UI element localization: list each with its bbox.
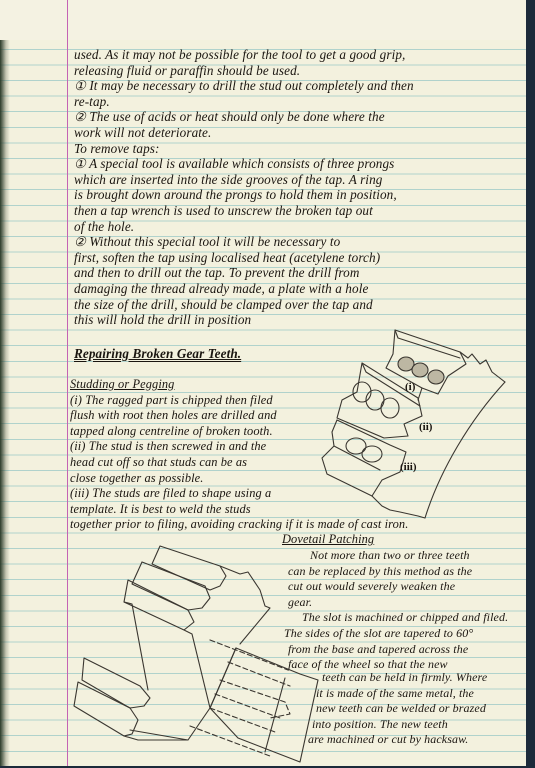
text-line: it is made of the same metal, the [316,686,487,702]
text-line: ① A special tool is available which cons… [74,156,414,172]
text-line: into position. The new teeth [312,717,487,733]
text-line: teeth can be held in firmly. Where [322,670,487,686]
text-line: then a tap wrench is used to unscrew the… [74,203,414,219]
text-line: Not more than two or three teeth [288,548,508,564]
text-line: can be replaced by this method as the [288,564,508,580]
text-line: are machined or cut by hacksaw. [308,732,487,748]
text-line: ② Without this special tool it will be n… [74,234,414,250]
text-line: and then to drill out the tap. To preven… [74,265,414,281]
text-line: releasing fluid or paraffin should be us… [74,63,414,79]
text-line: the size of the drill, should be clamped… [74,297,414,313]
text-line: is brought down around the prongs to hol… [74,187,414,203]
studding-diagram: (i) (ii) (iii) [320,320,526,520]
dovetail-text-bottom: teeth can be held in firmly. Where it is… [322,670,487,748]
dovetail-diagram [60,530,320,766]
text-line: of the hole. [74,219,414,235]
text-line: new teeth can be welded or brazed [316,701,487,717]
label-i: (i) [405,381,416,393]
text-line: first, soften the tap using localised he… [74,250,414,266]
section-heading: Repairing Broken Gear Teeth. [74,346,241,362]
text-line: re-tap. [74,94,414,110]
text-line: The slot is machined or chipped and file… [288,610,508,626]
text-line: which are inserted into the side grooves… [74,172,414,188]
text-line: cut out would severely weaken the [288,579,508,595]
text-line: used. As it may not be possible for the … [74,47,414,63]
notebook-page: used. As it may not be possible for the … [0,0,526,766]
text-line: ② The use of acids or heat should only b… [74,109,414,125]
label-iii: (iii) [400,461,417,473]
text-line: To remove taps: [74,141,414,157]
text-line: ① It may be necessary to drill the stud … [74,78,414,94]
text-line: gear. [288,595,508,611]
intro-text: used. As it may not be possible for the … [74,47,414,328]
label-ii: (ii) [419,421,433,433]
text-line: damaging the thread already made, a plat… [74,281,414,297]
dovetail-text-top: Not more than two or three teeth can be … [288,548,508,673]
text-line: from the base and tapered across the [288,642,508,658]
text-line: work will not deteriorate. [74,125,414,141]
